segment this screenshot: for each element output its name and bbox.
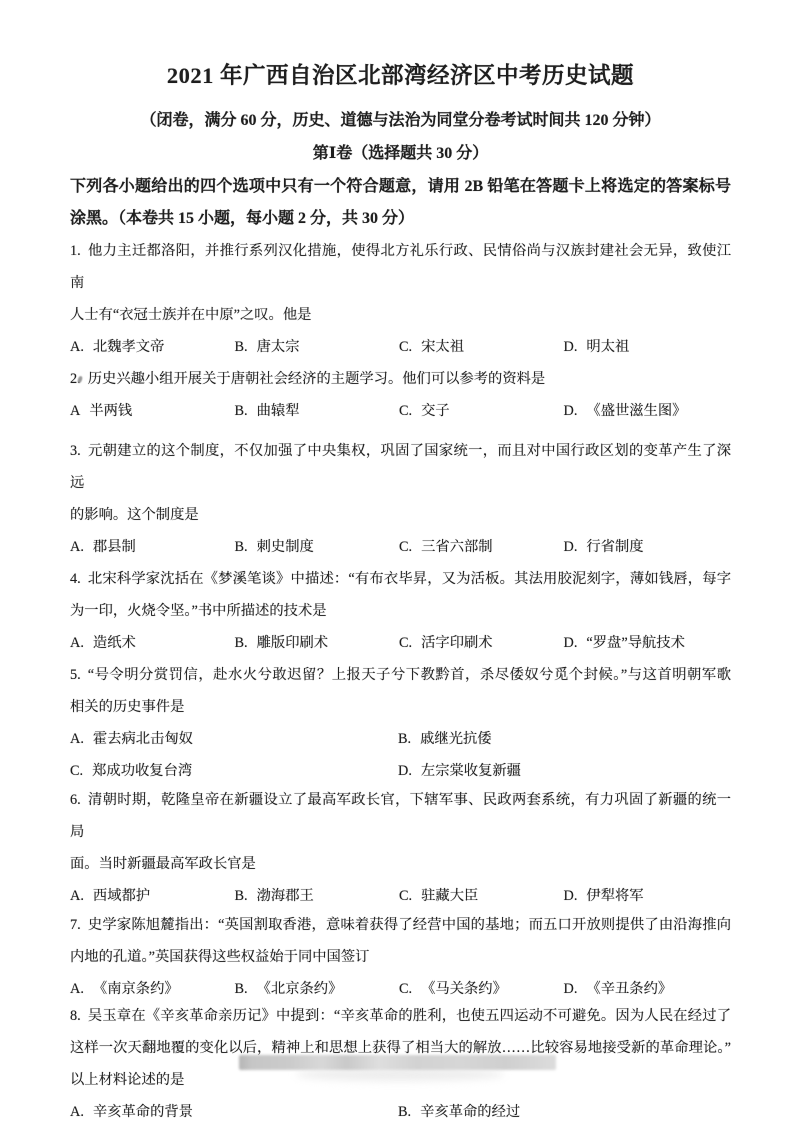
- question-number: 1.: [70, 243, 81, 259]
- question-stem-text: 清朝时期，乾隆皇帝在新疆设立了最高军政长官，下辖军事、民政两套系统，有力巩固了新…: [70, 792, 731, 840]
- exam-subtitle: （闭卷，满分 60 分，历史、道德与法治为同堂分卷考试时间共 120 分钟）: [70, 109, 731, 133]
- option-text: 交子: [421, 395, 450, 427]
- options-row: A.霍去病北击匈奴 B.戚继光抗倭: [70, 723, 731, 755]
- option-text: 三省六部制: [421, 531, 492, 563]
- question-stem-line: 的影响。这个制度是: [70, 499, 731, 531]
- section-heading: 第Ⅰ卷（选择题共 30 分）: [70, 142, 731, 166]
- question-stem-text: 元朝建立的这个制度，不仅加强了中央集权，巩固了国家统一，而且对中国行政区划的变革…: [70, 443, 731, 491]
- option-label: D.: [398, 755, 412, 787]
- option-label: C.: [399, 880, 412, 912]
- option-label: A.: [70, 627, 84, 659]
- question-stem-line: 3.元朝建立的这个制度，不仅加强了中央集权，巩固了国家统一，而且对中国行政区划的…: [70, 435, 731, 499]
- option-label: D.: [564, 627, 578, 659]
- question-stem-text: 他力主迁都洛阳，并推行系列汉化措施，使得北方礼乐行政、民情俗尚与汉族封建社会无异…: [70, 243, 731, 291]
- option-label: D.: [564, 531, 578, 563]
- option-c: C.驻藏大臣: [399, 880, 564, 912]
- option-b: B.唐太宗: [235, 331, 400, 363]
- option-text: 唐太宗: [257, 331, 300, 363]
- question-stem-line: 相关的历史事件是: [70, 691, 731, 723]
- exam-paper-page: 2021 年广西自治区北部湾经济区中考历史试题 （闭卷，满分 60 分，历史、道…: [0, 0, 793, 1122]
- option-text: 行省制度: [586, 531, 643, 563]
- watermark-smudge: [239, 1055, 556, 1070]
- page-content: 2021 年广西自治区北部湾经济区中考历史试题 （闭卷，满分 60 分，历史、道…: [70, 60, 731, 1122]
- option-label: A.: [70, 331, 84, 363]
- question-stem-line: 为一印，火烧令坚。”书中所描述的技术是: [70, 595, 731, 627]
- option-label: C.: [399, 627, 412, 659]
- option-d: D.明太祖: [564, 331, 630, 363]
- option-label: A.: [70, 880, 84, 912]
- document-title: 2021 年广西自治区北部湾经济区中考历史试题: [70, 60, 731, 92]
- option-a: A.北魏孝文帝: [70, 331, 235, 363]
- options-row: A.造纸术 B.雕版印刷术 C.活字印刷术 D.“罗盘”导航技术: [70, 627, 731, 659]
- question-stem-line: 4.北宋科学家沈括在《梦溪笔谈》中描述：“有布衣毕昇，又为活板。其法用胶泥刻字，…: [70, 563, 731, 595]
- option-d: D.左宗棠收复新疆: [398, 755, 521, 787]
- option-c: C.三省六部制: [399, 531, 564, 563]
- option-text: 郑成功收复台湾: [92, 755, 192, 787]
- option-label: A.: [70, 531, 84, 563]
- options-row: A.郡县制 B.刺史制度 C.三省六部制 D.行省制度: [70, 531, 731, 563]
- question-stem-line: 2.历史兴趣小组开展关于唐朝社会经济的主题学习。他们可以参考的资料是: [70, 363, 731, 395]
- option-text: 驻藏大臣: [421, 880, 478, 912]
- option-text: 渤海郡王: [257, 880, 314, 912]
- option-label: C.: [70, 755, 83, 787]
- option-label: A.: [70, 723, 84, 755]
- option-label: B.: [235, 627, 248, 659]
- option-c: C.郑成功收复台湾: [70, 755, 398, 787]
- instructions-line: 下列各小题给出的四个选项中只有一个符合题意，请用 2B 铅笔在答题卡上将选定的答…: [70, 171, 731, 203]
- question-7: 7.史学家陈旭麓指出：“英国割取香港，意味着获得了经营中国的基地；而五口开放则提…: [70, 909, 731, 1005]
- option-text: 宋太祖: [421, 331, 464, 363]
- option-d: D.行省制度: [564, 531, 644, 563]
- question-1: 1.他力主迁都洛阳，并推行系列汉化措施，使得北方礼乐行政、民情俗尚与汉族封建社会…: [70, 235, 731, 363]
- option-text: 辛亥革命的背景: [93, 1096, 193, 1122]
- question-stem-text: “号令明分赏罚信，赴水火兮敢迟留？上报天子兮下教黔首，杀尽倭奴兮觅个封候。”与这…: [88, 667, 731, 683]
- question-stem-line: 6.清朝时期，乾隆皇帝在新疆设立了最高军政长官，下辖军事、民政两套系统，有力巩固…: [70, 784, 731, 848]
- question-2: 2.历史兴趣小组开展关于唐朝社会经济的主题学习。他们可以参考的资料是 A半两钱 …: [70, 363, 731, 427]
- option-label: B.: [398, 1096, 411, 1122]
- question-stem-line: 8.吴玉章在《辛亥革命亲历记》中提到：“辛亥革命的胜利，也使五四运动不可避免。因…: [70, 1000, 731, 1032]
- option-d: D.“罗盘”导航技术: [564, 627, 685, 659]
- option-label: C.: [399, 331, 412, 363]
- option-text: 活字印刷术: [421, 627, 492, 659]
- option-text: 明太祖: [586, 331, 629, 363]
- option-d: D.《盛世滋生图》: [564, 395, 687, 427]
- options-row: A半两钱 B.曲辕犁 C.交子 D.《盛世滋生图》: [70, 395, 731, 427]
- option-label: B.: [398, 723, 411, 755]
- option-b: B.辛亥革命的经过: [398, 1096, 520, 1122]
- option-label: D.: [564, 331, 578, 363]
- option-label: C.: [399, 531, 412, 563]
- option-d: D.伊犁将军: [564, 880, 644, 912]
- question-number: 3.: [70, 443, 81, 459]
- question-stem-line: 内地的孔道。”英国获得这些权益始于同中国签订: [70, 941, 731, 973]
- option-text: 伊犁将军: [586, 880, 643, 912]
- option-a: A.辛亥革命的背景: [70, 1096, 398, 1122]
- instructions-line: 涂黑。（本卷共 15 小题，每小题 2 分，共 30 分）: [70, 203, 731, 235]
- exam-instructions: 下列各小题给出的四个选项中只有一个符合题意，请用 2B 铅笔在答题卡上将选定的答…: [70, 171, 731, 235]
- option-text: 霍去病北击匈奴: [93, 723, 193, 755]
- question-3: 3.元朝建立的这个制度，不仅加强了中央集权，巩固了国家统一，而且对中国行政区划的…: [70, 435, 731, 563]
- options-row: C.郑成功收复台湾 D.左宗棠收复新疆: [70, 755, 731, 787]
- options-row: A.辛亥革命的背景 B.辛亥革命的经过: [70, 1096, 731, 1122]
- option-a: A.西域都护: [70, 880, 235, 912]
- question-stem-line: 1.他力主迁都洛阳，并推行系列汉化措施，使得北方礼乐行政、民情俗尚与汉族封建社会…: [70, 235, 731, 299]
- option-label: B.: [235, 531, 248, 563]
- question-6: 6.清朝时期，乾隆皇帝在新疆设立了最高军政长官，下辖军事、民政两套系统，有力巩固…: [70, 784, 731, 912]
- question-4: 4.北宋科学家沈括在《梦溪笔谈》中描述：“有布衣毕昇，又为活板。其法用胶泥刻字，…: [70, 563, 731, 659]
- question-number: 7.: [70, 917, 81, 933]
- question-stem-line: 面。当时新疆最高军政长官是: [70, 848, 731, 880]
- question-number: 8.: [70, 1008, 81, 1024]
- option-label: B.: [235, 880, 248, 912]
- option-label: A.: [70, 1096, 84, 1122]
- option-text: 《盛世滋生图》: [586, 395, 686, 427]
- option-c: C.交子: [399, 395, 564, 427]
- question-number: 6.: [70, 792, 81, 808]
- question-stem-line: 5.“号令明分赏罚信，赴水火兮敢迟留？上报天子兮下教黔首，杀尽倭奴兮觅个封候。”…: [70, 659, 731, 691]
- option-label: A: [70, 395, 80, 427]
- option-text: 造纸术: [93, 627, 136, 659]
- option-text: 辛亥革命的经过: [420, 1096, 520, 1122]
- options-row: A.北魏孝文帝 B.唐太宗 C.宋太祖 D.明太祖: [70, 331, 731, 363]
- question-number: 5.: [70, 667, 81, 683]
- option-b: B.曲辕犁: [235, 395, 400, 427]
- option-label: B.: [235, 331, 248, 363]
- option-c: C.活字印刷术: [399, 627, 564, 659]
- option-c: C.宋太祖: [399, 331, 564, 363]
- option-b: B.戚继光抗倭: [398, 723, 492, 755]
- question-stem-text: 吴玉章在《辛亥革命亲历记》中提到：“辛亥革命的胜利，也使五四运动不可避免。因为人…: [88, 1008, 731, 1024]
- option-text: 左宗棠收复新疆: [421, 755, 521, 787]
- option-label: D.: [564, 880, 578, 912]
- question-stem-text: 北宋科学家沈括在《梦溪笔谈》中描述：“有布衣毕昇，又为活板。其法用胶泥刻字，薄如…: [88, 571, 731, 587]
- question-stem-text: 史学家陈旭麓指出：“英国割取香港，意味着获得了经营中国的基地；而五口开放则提供了…: [88, 917, 731, 933]
- option-label: D.: [564, 395, 578, 427]
- option-text: 北魏孝文帝: [93, 331, 164, 363]
- option-text: 戚继光抗倭: [420, 723, 491, 755]
- option-a: A.郡县制: [70, 531, 235, 563]
- question-5: 5.“号令明分赏罚信，赴水火兮敢迟留？上报天子兮下教黔首，杀尽倭奴兮觅个封候。”…: [70, 659, 731, 787]
- question-stem-line: 人士有“衣冠士族并在中原”之叹。他是: [70, 299, 731, 331]
- option-a: A.造纸术: [70, 627, 235, 659]
- option-label: B.: [235, 395, 248, 427]
- option-text: 郡县制: [93, 531, 136, 563]
- option-text: “罗盘”导航技术: [586, 627, 684, 659]
- options-row: A.西域都护 B.渤海郡王 C.驻藏大臣 D.伊犁将军: [70, 880, 731, 912]
- option-a: A半两钱: [70, 395, 235, 427]
- question-stem-line: 7.史学家陈旭麓指出：“英国割取香港，意味着获得了经营中国的基地；而五口开放则提…: [70, 909, 731, 941]
- question-number: 4.: [70, 571, 81, 587]
- option-b: B.渤海郡王: [235, 880, 400, 912]
- option-label: C.: [399, 395, 412, 427]
- option-text: 雕版印刷术: [257, 627, 328, 659]
- option-text: 刺史制度: [257, 531, 314, 563]
- option-a: A.霍去病北击匈奴: [70, 723, 398, 755]
- question-stem-text: 历史兴趣小组开展关于唐朝社会经济的主题学习。他们可以参考的资料是: [88, 371, 546, 387]
- option-b: B.刺史制度: [235, 531, 400, 563]
- option-text: 曲辕犁: [257, 395, 300, 427]
- option-text: 半两钱: [89, 395, 132, 427]
- option-text: 西域都护: [93, 880, 150, 912]
- option-b: B.雕版印刷术: [235, 627, 400, 659]
